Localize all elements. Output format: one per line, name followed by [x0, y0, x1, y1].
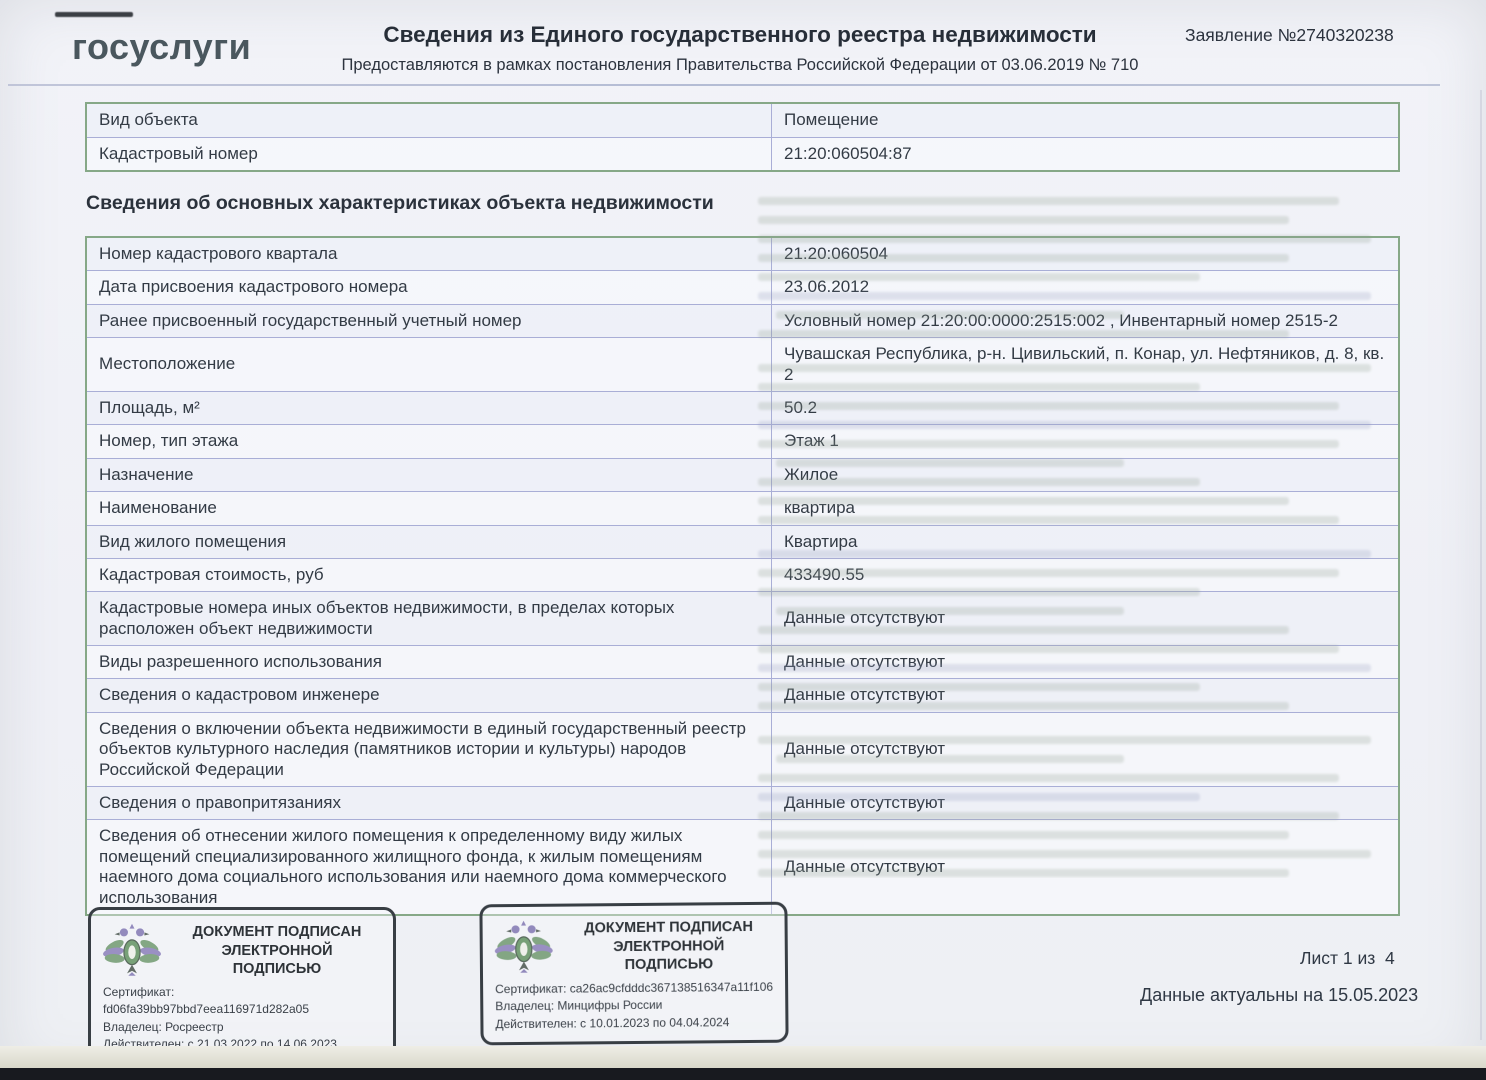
- row-label: Сведения об отнесении жилого помещения к…: [86, 820, 772, 915]
- object-summary-table: Вид объекта Помещение Кадастровый номер …: [85, 102, 1400, 172]
- row-label: Сведения о включении объекта недвижимост…: [86, 712, 772, 786]
- row-value: Данные отсутствуют: [772, 712, 1400, 786]
- table-row: Кадастровая стоимость, руб 433490.55: [86, 558, 1399, 591]
- table-row: Сведения о включении объекта недвижимост…: [86, 712, 1399, 786]
- stamp-validity: Действителен: с 10.01.2023 по 04.04.2024: [495, 1014, 775, 1034]
- row-value: Помещение: [772, 103, 1400, 137]
- table-row: Сведения о кадастровом инженере Данные о…: [86, 679, 1399, 712]
- table-row: Наименование квартира: [86, 492, 1399, 525]
- row-value: Данные отсутствуют: [772, 646, 1400, 679]
- row-label: Кадастровые номера иных объектов недвижи…: [86, 592, 772, 646]
- stamp-title: ДОКУМЕНТ ПОДПИСАН ЭЛЕКТРОННОЙ ПОДПИСЬЮ: [171, 923, 383, 980]
- document-title: Сведения из Единого государственного рее…: [300, 22, 1180, 48]
- row-label: Площадь, м²: [86, 391, 772, 424]
- table-row: Сведения о правопритязаниях Данные отсут…: [86, 787, 1399, 820]
- row-label: Сведения о правопритязаниях: [86, 787, 772, 820]
- row-value: Данные отсутствуют: [772, 787, 1400, 820]
- row-value: 21:20:060504: [772, 237, 1400, 271]
- data-actuality-date: Данные актуальны на 15.05.2023: [1140, 985, 1418, 1006]
- table-row: Площадь, м² 50.2: [86, 391, 1399, 424]
- scan-edge-dark: [0, 1068, 1486, 1080]
- row-value: Жилое: [772, 458, 1400, 491]
- double-headed-eagle-icon: [101, 918, 163, 984]
- stamp-certificate: Сертификат: fd06fa39bb97bbd7eea116971d28…: [103, 984, 383, 1019]
- header-divider: [8, 84, 1440, 86]
- table-row: Ранее присвоенный государственный учетны…: [86, 304, 1399, 337]
- row-label: Кадастровый номер: [86, 137, 772, 171]
- stamp-owner: Владелец: Росреестр: [103, 1019, 383, 1036]
- row-label: Вид жилого помещения: [86, 525, 772, 558]
- row-label: Назначение: [86, 458, 772, 491]
- signature-stamp-mintsifry: ДОКУМЕНТ ПОДПИСАН ЭЛЕКТРОННОЙ ПОДПИСЬЮ С…: [479, 902, 788, 1046]
- table-row: Дата присвоения кадастрового номера 23.0…: [86, 271, 1399, 304]
- table-row: Вид объекта Помещение: [86, 103, 1399, 137]
- table-row: Сведения об отнесении жилого помещения к…: [86, 820, 1399, 915]
- document-subtitle: Предоставляются в рамках постановления П…: [300, 56, 1180, 75]
- table-row: Номер кадастрового квартала 21:20:060504: [86, 237, 1399, 271]
- row-value: Квартира: [772, 525, 1400, 558]
- row-label: Наименование: [86, 492, 772, 525]
- egrn-extract-document: госуслуги Сведения из Единого государств…: [0, 0, 1486, 1080]
- scan-edge-paper: [0, 1046, 1486, 1069]
- row-value: 23.06.2012: [772, 271, 1400, 304]
- registration-mark: [55, 12, 133, 17]
- sheet-counter: Лист 1 из 4: [1300, 948, 1395, 969]
- table-row: Кадастровые номера иных объектов недвижи…: [86, 592, 1399, 646]
- table-row: Местоположение Чувашская Республика, р-н…: [86, 338, 1399, 392]
- stamp-certificate: Сертификат: ca26ac9cfdddc367138516347a11…: [495, 979, 775, 999]
- row-value: Этаж 1: [772, 425, 1400, 458]
- row-label: Виды разрешенного использования: [86, 646, 772, 679]
- row-label: Номер, тип этажа: [86, 425, 772, 458]
- scan-edge-right: [1480, 90, 1482, 1040]
- table-row: Виды разрешенного использования Данные о…: [86, 646, 1399, 679]
- signature-stamp-rosreestr: ДОКУМЕНТ ПОДПИСАН ЭЛЕКТРОННОЙ ПОДПИСЬЮ С…: [88, 907, 396, 1066]
- table-row: Номер, тип этажа Этаж 1: [86, 425, 1399, 458]
- row-value: Данные отсутствуют: [772, 820, 1400, 915]
- gosuslugi-logo: госуслуги: [72, 26, 251, 68]
- row-label: Дата присвоения кадастрового номера: [86, 271, 772, 304]
- row-label: Кадастровая стоимость, руб: [86, 558, 772, 591]
- application-number: Заявление №2740320238: [1185, 25, 1394, 46]
- table-row: Кадастровый номер 21:20:060504:87: [86, 137, 1399, 171]
- row-label: Ранее присвоенный государственный учетны…: [86, 304, 772, 337]
- stamp-title: ДОКУМЕНТ ПОДПИСАН ЭЛЕКТРОННОЙ ПОДПИСЬЮ: [563, 918, 775, 976]
- row-label: Местоположение: [86, 338, 772, 392]
- table-row: Вид жилого помещения Квартира: [86, 525, 1399, 558]
- row-value: Данные отсутствуют: [772, 679, 1400, 712]
- section-title: Сведения об основных характеристиках объ…: [86, 192, 714, 215]
- row-value: 21:20:060504:87: [772, 137, 1400, 171]
- row-value: Данные отсутствуют: [772, 592, 1400, 646]
- table-row: Назначение Жилое: [86, 458, 1399, 491]
- row-value: 433490.55: [772, 558, 1400, 591]
- row-value: 50.2: [772, 391, 1400, 424]
- row-label: Номер кадастрового квартала: [86, 237, 772, 271]
- row-label: Сведения о кадастровом инженере: [86, 679, 772, 712]
- row-label: Вид объекта: [86, 103, 772, 137]
- row-value: Чувашская Республика, р-н. Цивильский, п…: [772, 338, 1400, 392]
- row-value: квартира: [772, 492, 1400, 525]
- row-value: Условный номер 21:20:00:0000:2515:002 , …: [772, 304, 1400, 337]
- double-headed-eagle-icon: [492, 915, 555, 982]
- object-details-table: Номер кадастрового квартала 21:20:060504…: [85, 236, 1400, 916]
